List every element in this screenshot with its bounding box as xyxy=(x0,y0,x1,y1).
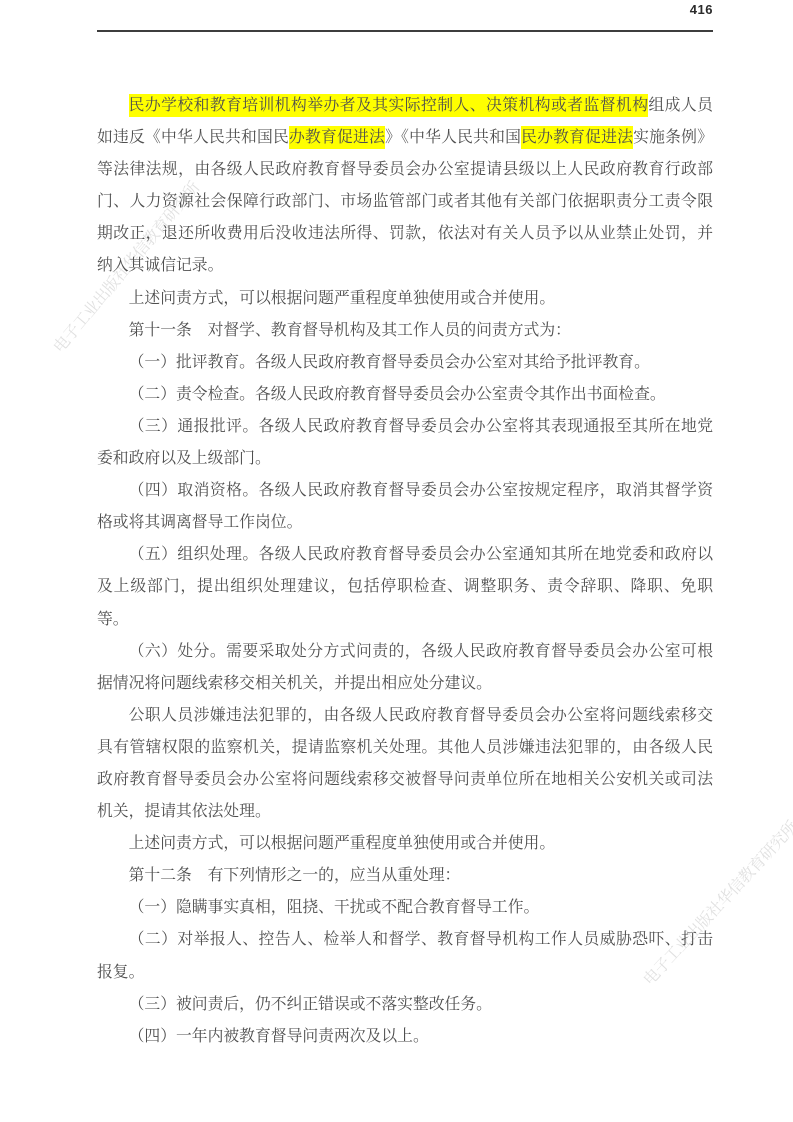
text-run: 》《中华人民共和国 xyxy=(385,129,521,146)
text-run: （二）责令检查。各级人民政府教育督导委员会办公室责令其作出书面检查。 xyxy=(129,386,666,403)
paragraph: （六）处分。需要采取处分方式问责的，各级人民政府教育督导委员会办公室可根据情况将… xyxy=(97,636,713,700)
header-divider xyxy=(97,30,713,32)
text-run: （一）批评教育。各级人民政府教育督导委员会办公室对其给予批评教育。 xyxy=(129,354,650,371)
document-page: 416 电子工业出版社华信教育研究所 电子工业出版社华信教育研究所 民办学校和教… xyxy=(0,0,793,1122)
text-run: 上述问责方式，可以根据问题严重程度单独使用或合并使用。 xyxy=(129,290,556,307)
paragraph: （四）取消资格。各级人民政府教育督导委员会办公室按规定程序，取消其督学资格或将其… xyxy=(97,475,713,539)
highlighted-text: 办教育促进法 xyxy=(289,126,385,149)
document-body: 民办学校和教育培训机构举办者及其实际控制人、决策机构或者监督机构组成人员如违反《… xyxy=(97,90,713,1053)
paragraph: （三）被问责后，仍不纠正错误或不落实整改任务。 xyxy=(97,989,713,1021)
highlighted-text: 民办教育促进法 xyxy=(521,126,633,149)
text-run: （二）对举报人、控告人、检举人和督学、教育督导机构工作人员威胁恐吓、打击报复。 xyxy=(97,931,713,980)
text-run: 第十一条 对督学、教育督导机构及其工作人员的问责方式为： xyxy=(129,322,571,339)
highlighted-text: 民办学校和教育培训机构举办者及其实际控制人、决策机构或者监督机构 xyxy=(129,94,649,117)
paragraph: （四）一年内被教育督导问责两次及以上。 xyxy=(97,1021,713,1053)
text-run: 公职人员涉嫌违法犯罪的，由各级人民政府教育督导委员会办公室将问题线索移交具有管辖… xyxy=(97,707,713,820)
paragraph: 民办学校和教育培训机构举办者及其实际控制人、决策机构或者监督机构组成人员如违反《… xyxy=(97,90,713,283)
paragraph: （一）隐瞒事实真相，阻挠、干扰或不配合教育督导工作。 xyxy=(97,892,713,924)
text-run: （三）通报批评。各级人民政府教育督导委员会办公室将其表现通报至其所在地党委和政府… xyxy=(97,418,713,467)
text-run: （四）取消资格。各级人民政府教育督导委员会办公室按规定程序，取消其督学资格或将其… xyxy=(97,482,713,531)
paragraph: （五）组织处理。各级人民政府教育督导委员会办公室通知其所在地党委和政府以及上级部… xyxy=(97,539,713,635)
text-run: （五）组织处理。各级人民政府教育督导委员会办公室通知其所在地党委和政府以及上级部… xyxy=(97,546,713,627)
text-run: 第十二条 有下列情形之一的，应当从重处理： xyxy=(129,867,461,884)
paragraph: 公职人员涉嫌违法犯罪的，由各级人民政府教育督导委员会办公室将问题线索移交具有管辖… xyxy=(97,700,713,828)
paragraph: 上述问责方式，可以根据问题严重程度单独使用或合并使用。 xyxy=(97,828,713,860)
page-number: 416 xyxy=(97,2,713,17)
paragraph: （三）通报批评。各级人民政府教育督导委员会办公室将其表现通报至其所在地党委和政府… xyxy=(97,411,713,475)
paragraph: （二）责令检查。各级人民政府教育督导委员会办公室责令其作出书面检查。 xyxy=(97,379,713,411)
text-run: （四）一年内被教育督导问责两次及以上。 xyxy=(129,1028,429,1045)
paragraph: 第十二条 有下列情形之一的，应当从重处理： xyxy=(97,860,713,892)
text-run: 上述问责方式，可以根据问题严重程度单独使用或合并使用。 xyxy=(129,835,556,852)
text-run: （六）处分。需要采取处分方式问责的，各级人民政府教育督导委员会办公室可根据情况将… xyxy=(97,643,713,692)
paragraph: 第十一条 对督学、教育督导机构及其工作人员的问责方式为： xyxy=(97,315,713,347)
text-run: 实施条例》等法律法规，由各级人民政府教育督导委员会办公室提请县级以上人民政府教育… xyxy=(97,129,713,274)
text-run: （三）被问责后，仍不纠正错误或不落实整改任务。 xyxy=(129,996,492,1013)
paragraph: （二）对举报人、控告人、检举人和督学、教育督导机构工作人员威胁恐吓、打击报复。 xyxy=(97,924,713,988)
text-run: （一）隐瞒事实真相，阻挠、干扰或不配合教育督导工作。 xyxy=(129,899,540,916)
paragraph: （一）批评教育。各级人民政府教育督导委员会办公室对其给予批评教育。 xyxy=(97,347,713,379)
paragraph: 上述问责方式，可以根据问题严重程度单独使用或合并使用。 xyxy=(97,283,713,315)
